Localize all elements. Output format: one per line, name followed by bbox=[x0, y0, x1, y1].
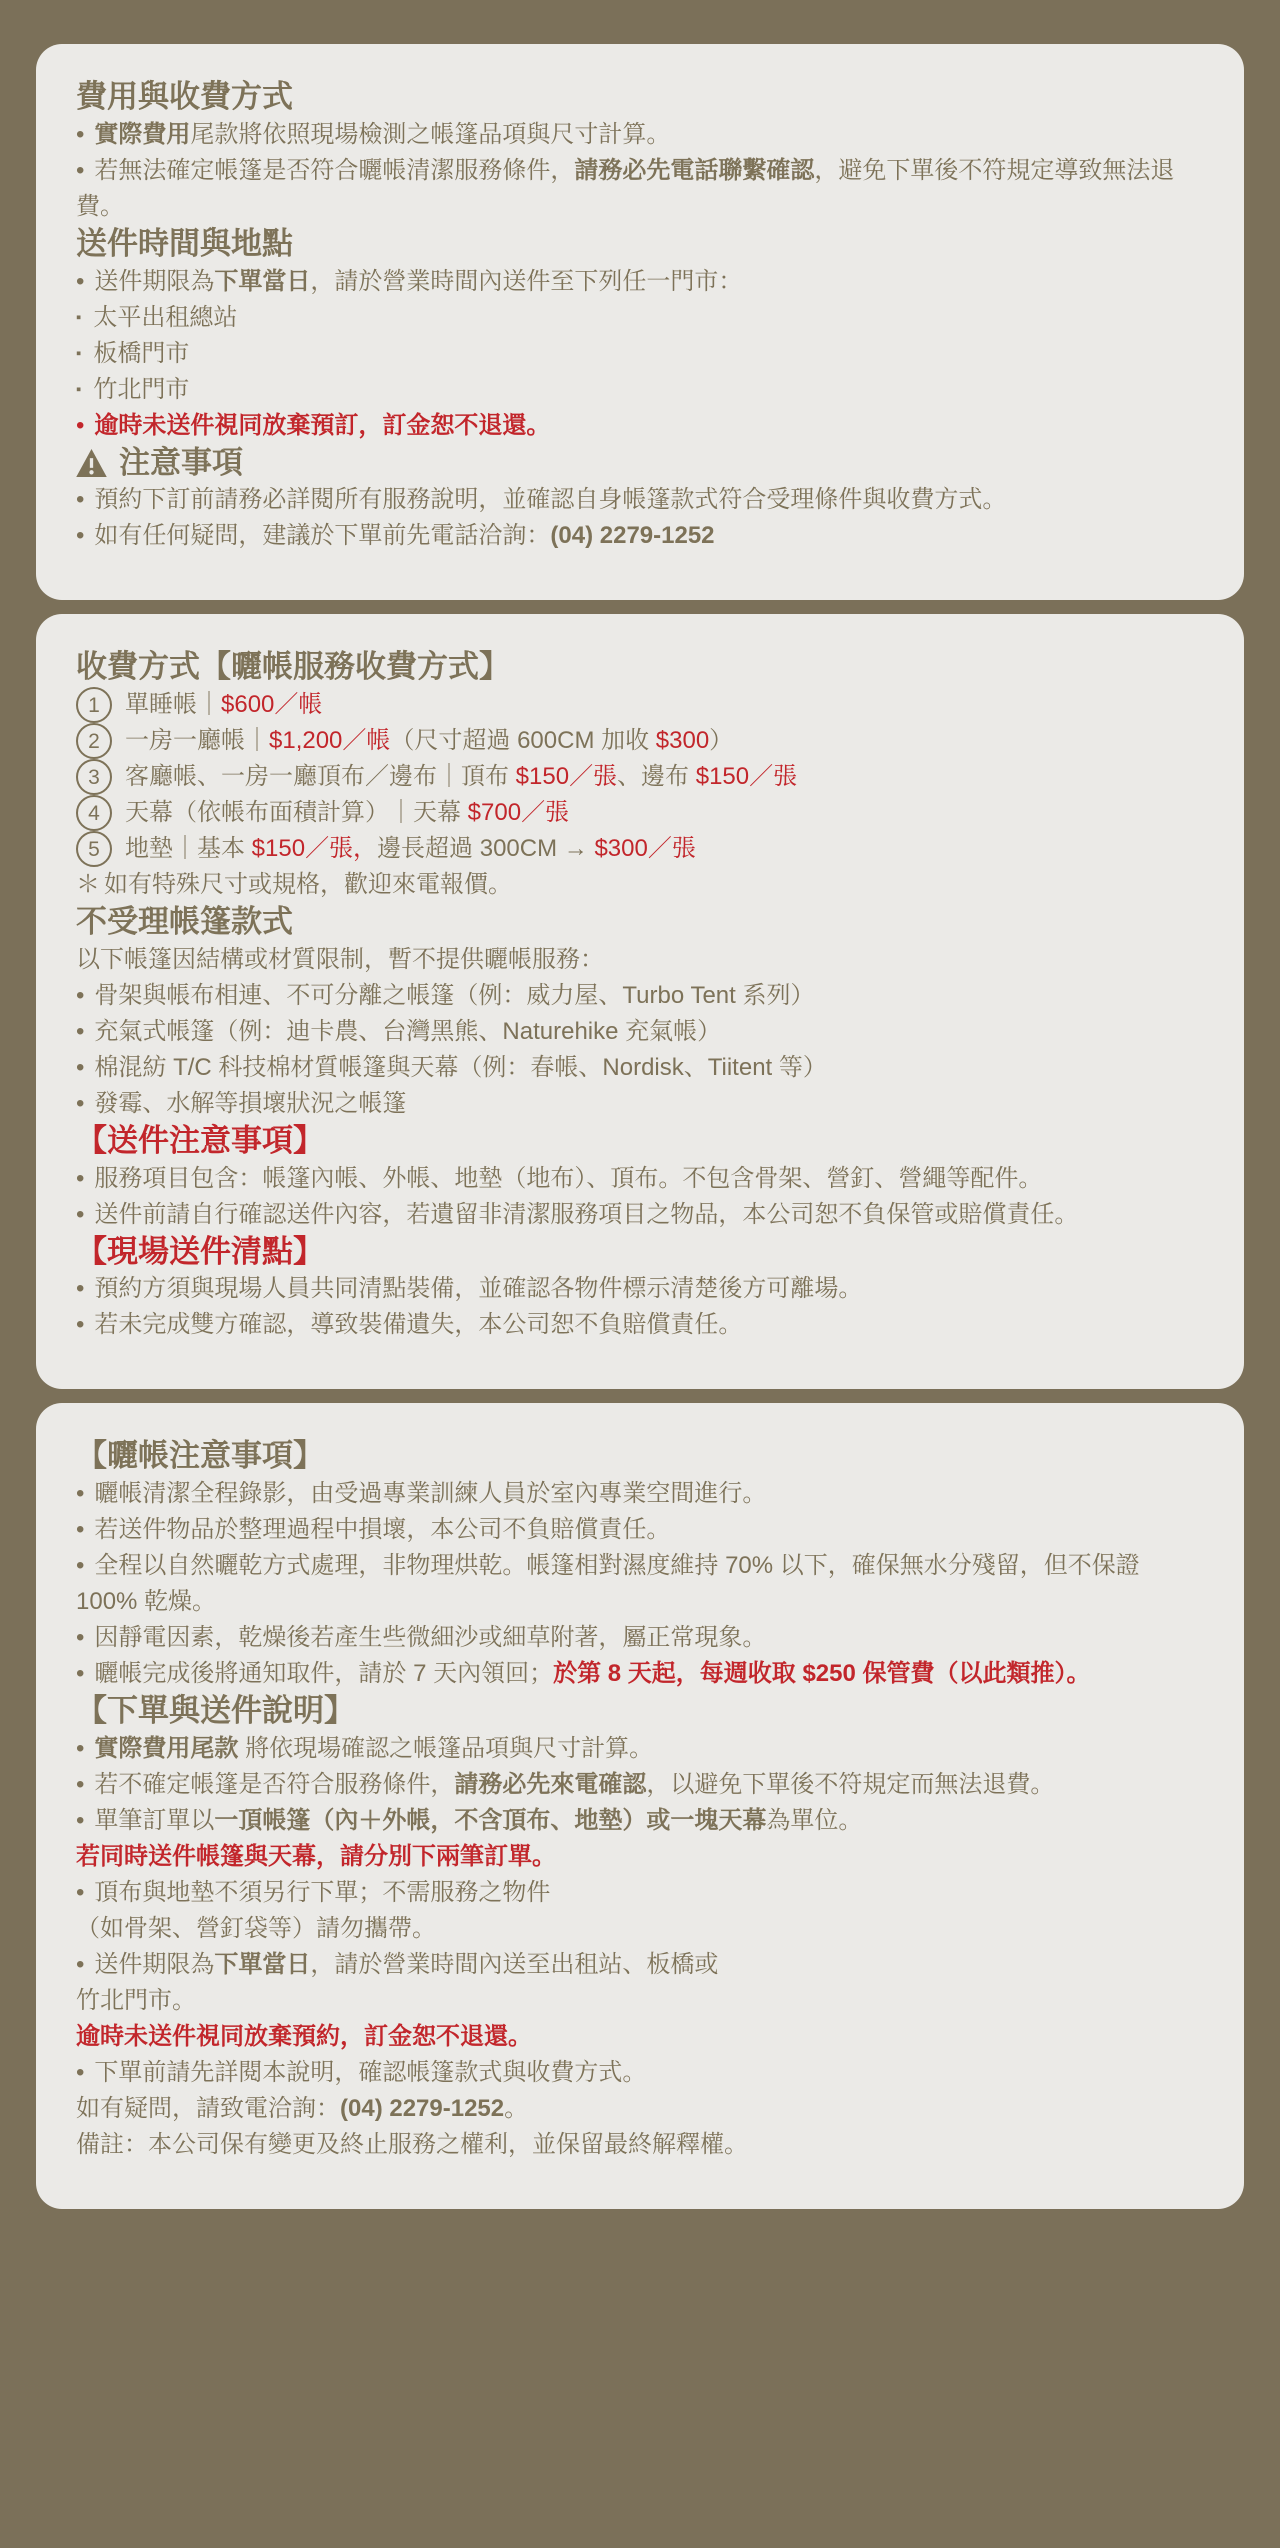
text-line: 以下帳篷因結構或材質限制，暫不提供曬帳服務： bbox=[76, 942, 1204, 978]
highlight-text: $150／張 bbox=[696, 763, 797, 790]
price-item-text: 單睡帳｜$600／帳 bbox=[125, 687, 322, 723]
highlight-text: 逾時未送件視同放棄預訂，訂金恕不退還。 bbox=[94, 412, 550, 439]
footer-note: 備註：本公司保有變更及終止服務之權利，並保留最終解釋權。 bbox=[76, 2127, 1204, 2163]
section-heading-text: 【現場送件清點】 bbox=[76, 1233, 324, 1272]
bullet-item: •逾時未送件視同放棄預訂，訂金恕不退還。 bbox=[76, 408, 1204, 444]
price-item: 3客廳帳、一房一廳頂布／邊布｜頂布 $150／張、邊布 $150／張 bbox=[76, 759, 1204, 795]
text-segment: 棉混紡 T/C 科技棉材質帳篷與天幕（例：春帳、Nordisk、Tiitent … bbox=[94, 1054, 826, 1081]
square-bullet-marker: ▪ bbox=[76, 381, 81, 398]
text-segment: 客廳帳、一房一廳頂布／邊布｜頂布 bbox=[125, 763, 516, 790]
section-heading-text: 收費方式【曬帳服務收費方式】 bbox=[76, 648, 510, 687]
text-segment: 天幕（依帳布面積計算）｜天幕 bbox=[125, 799, 468, 826]
bullet-item: •骨架與帳布相連、不可分離之帳篷（例：威力屋、Turbo Tent 系列） bbox=[76, 978, 1204, 1014]
bullet-marker: • bbox=[76, 1275, 84, 1302]
bullet-item: •若不確定帳篷是否符合服務條件，請務必先來電確認，以避免下單後不符規定而無法退費… bbox=[76, 1767, 1204, 1803]
bullet-item: •服務項目包含：帳篷內帳、外帳、地墊（地布）、頂布。不包含骨架、營釘、營繩等配件… bbox=[76, 1161, 1204, 1197]
bullet-item: •充氣式帳篷（例：迪卡農、台灣黑熊、Naturehike 充氣帳） bbox=[76, 1014, 1204, 1050]
text-segment: 板橋門市 bbox=[93, 340, 189, 367]
highlight-text: 逾時未送件視同放棄預約，訂金恕不退還。 bbox=[76, 2023, 532, 2050]
bullet-item: •因靜電因素，乾燥後若產生些微細沙或細草附著，屬正常現象。 bbox=[76, 1620, 1204, 1656]
bullet-marker: • bbox=[76, 121, 84, 148]
bullet-item: •頂布與地墊不須另行下單；不需服務之物件 bbox=[76, 1875, 1204, 1911]
bullet-item: •若未完成雙方確認，導致裝備遺失，本公司恕不負賠償責任。 bbox=[76, 1307, 1204, 1343]
text-segment: 頂布與地墊不須另行下單；不需服務之物件 bbox=[94, 1879, 550, 1906]
bullet-marker: • bbox=[76, 1771, 84, 1798]
price-item: 4天幕（依帳布面積計算）｜天幕 $700／張 bbox=[76, 795, 1204, 831]
text-segment: 送件期限為 bbox=[94, 268, 214, 295]
text-segment: 備註：本公司保有變更及終止服務之權利，並保留最終解釋權。 bbox=[76, 2131, 748, 2158]
bullet-item: •送件期限為下單當日，請於營業時間內送件至下列任一門市： bbox=[76, 264, 1204, 300]
page: { "page": { "background_color": "#7B7059… bbox=[0, 0, 1280, 2249]
price-item-text: 天幕（依帳布面積計算）｜天幕 $700／張 bbox=[125, 795, 569, 831]
bullet-marker: • bbox=[76, 412, 84, 439]
content: 費用與收費方式•實際費用尾款將依照現場檢測之帳篷品項與尺寸計算。•若無法確定帳篷… bbox=[36, 44, 1244, 2209]
highlight-text: $150／張， bbox=[252, 835, 377, 862]
text-segment: ，請於營業時間內送件至下列任一門市： bbox=[310, 268, 742, 295]
bullet-item: •發霉、水解等損壞狀況之帳篷 bbox=[76, 1086, 1204, 1122]
text-segment: 因靜電因素，乾燥後若產生些微細沙或細草附著，屬正常現象。 bbox=[94, 1624, 766, 1651]
text-segment: 送件期限為 bbox=[94, 1951, 214, 1978]
text-segment: 若未完成雙方確認，導致裝備遺失，本公司恕不負賠償責任。 bbox=[94, 1311, 742, 1338]
text-line: 如有疑問，請致電洽詢：(04) 2279-1252。 bbox=[76, 2091, 1204, 2127]
asterisk-note: ＊如有特殊尺寸或規格，歡迎來電報價。 bbox=[76, 867, 1204, 903]
section-heading: 注意事項 bbox=[76, 444, 1204, 483]
bullet-marker: • bbox=[76, 1311, 84, 1338]
phone-number: (04) 2279-1252 bbox=[340, 2095, 504, 2122]
bullet-item: •全程以自然曬乾方式處理，非物理烘乾。帳篷相對濕度維持 70% 以下，確保無水分… bbox=[76, 1548, 1204, 1620]
text-segment: （尺寸超過 600CM 加收 bbox=[390, 727, 655, 754]
section-heading: 【下單與送件說明】 bbox=[76, 1692, 1204, 1731]
section-heading-text: 注意事項 bbox=[119, 444, 243, 483]
text-segment: 一房一廳帳｜ bbox=[125, 727, 269, 754]
bullet-marker: • bbox=[76, 1018, 84, 1045]
bullet-marker: • bbox=[76, 1516, 84, 1543]
card-pricing-and-restrictions: 收費方式【曬帳服務收費方式】1單睡帳｜$600／帳2一房一廳帳｜$1,200／帳… bbox=[36, 614, 1244, 1389]
bullet-marker: • bbox=[76, 1807, 84, 1834]
emphasis-text: 下單當日 bbox=[214, 268, 310, 295]
text-segment: 單睡帳｜ bbox=[125, 691, 221, 718]
section-heading-text: 送件時間與地點 bbox=[76, 225, 293, 264]
text-segment: 全程以自然曬乾方式處理，非物理烘乾。帳篷相對濕度維持 70% 以下，確保無水分殘… bbox=[76, 1552, 1140, 1615]
text-segment: 骨架與帳布相連、不可分離之帳篷（例：威力屋、Turbo Tent 系列） bbox=[94, 982, 814, 1009]
highlight-text: 若同時送件帳篷與天幕，請分別下兩筆訂單。 bbox=[76, 1843, 556, 1870]
bullet-item: •送件前請自行確認送件內容，若遺留非清潔服務項目之物品，本公司恕不負保管或賠償責… bbox=[76, 1197, 1204, 1233]
emphasis-text: 請務必先電話聯繫確認 bbox=[574, 157, 814, 184]
price-item: 5地墊｜基本 $150／張，邊長超過 300CM → $300／張 bbox=[76, 831, 1204, 867]
section-heading-text: 【送件注意事項】 bbox=[76, 1122, 324, 1161]
text-line: 若同時送件帳篷與天幕，請分別下兩筆訂單。 bbox=[76, 1839, 1204, 1875]
text-segment: ，請於營業時間內送至出租站、板橋或 bbox=[310, 1951, 718, 1978]
bullet-item: •單筆訂單以一頂帳篷（內＋外帳，不含頂布、地墊）或一塊天幕為單位。 bbox=[76, 1803, 1204, 1839]
number-badge: 4 bbox=[76, 795, 112, 831]
text-segment: 。 bbox=[504, 2095, 528, 2122]
bullet-marker: • bbox=[76, 157, 84, 184]
section-heading: 費用與收費方式 bbox=[76, 78, 1204, 117]
section-heading-text: 【下單與送件說明】 bbox=[76, 1692, 355, 1731]
text-segment: 曬帳完成後將通知取件，請於 7 天內領回； bbox=[94, 1660, 553, 1687]
bullet-item: •實際費用尾款 將依現場確認之帳篷品項與尺寸計算。 bbox=[76, 1731, 1204, 1767]
warning-icon bbox=[76, 449, 107, 477]
text-segment: 送件前請自行確認送件內容，若遺留非清潔服務項目之物品，本公司恕不負保管或賠償責任… bbox=[94, 1201, 1078, 1228]
bullet-item: •曬帳完成後將通知取件，請於 7 天內領回；於第 8 天起，每週收取 $250 … bbox=[76, 1656, 1204, 1692]
price-item: 2一房一廳帳｜$1,200／帳（尺寸超過 600CM 加收 $300） bbox=[76, 723, 1204, 759]
text-segment: 、邊布 bbox=[617, 763, 696, 790]
bullet-marker: • bbox=[76, 1552, 84, 1579]
text-segment: 太平出租總站 bbox=[93, 304, 237, 331]
number-badge: 2 bbox=[76, 723, 112, 759]
text-segment: 如有疑問，請致電洽詢： bbox=[76, 2095, 340, 2122]
section-heading-text: 費用與收費方式 bbox=[76, 78, 293, 117]
price-item: 1單睡帳｜$600／帳 bbox=[76, 687, 1204, 723]
bullet-marker: • bbox=[76, 1165, 84, 1192]
text-segment: 若不確定帳篷是否符合服務條件， bbox=[94, 1771, 454, 1798]
text-segment: 邊長超過 300CM → bbox=[377, 835, 594, 862]
emphasis-text: 請務必先來電確認 bbox=[454, 1771, 646, 1798]
bullet-marker: • bbox=[76, 1879, 84, 1906]
emphasis-text: 實際費用 bbox=[94, 121, 190, 148]
bullet-marker: • bbox=[76, 1480, 84, 1507]
text-segment: 預約方須與現場人員共同清點裝備，並確認各物件標示清楚後方可離場。 bbox=[94, 1275, 862, 1302]
bullet-item: •預約方須與現場人員共同清點裝備，並確認各物件標示清楚後方可離場。 bbox=[76, 1271, 1204, 1307]
card-fees-and-delivery: 費用與收費方式•實際費用尾款將依照現場檢測之帳篷品項與尺寸計算。•若無法確定帳篷… bbox=[36, 44, 1244, 600]
bullet-marker: • bbox=[76, 1951, 84, 1978]
asterisk-marker: ＊ bbox=[76, 871, 100, 898]
section-heading: 【送件注意事項】 bbox=[76, 1122, 1204, 1161]
text-segment: 下單前請先詳閱本說明，確認帳篷款式與收費方式。 bbox=[94, 2059, 646, 2086]
highlight-text: $300／張 bbox=[594, 835, 695, 862]
bullet-marker: • bbox=[76, 1054, 84, 1081]
price-item-text: 客廳帳、一房一廳頂布／邊布｜頂布 $150／張、邊布 $150／張 bbox=[125, 759, 797, 795]
bullet-item: •曬帳清潔全程錄影，由受過專業訓練人員於室內專業空間進行。 bbox=[76, 1476, 1204, 1512]
bullet-item: •棉混紡 T/C 科技棉材質帳篷與天幕（例：春帳、Nordisk、Tiitent… bbox=[76, 1050, 1204, 1086]
text-segment: 為單位。 bbox=[766, 1807, 862, 1834]
bullet-item: •下單前請先詳閱本說明，確認帳篷款式與收費方式。 bbox=[76, 2055, 1204, 2091]
section-heading: 送件時間與地點 bbox=[76, 225, 1204, 264]
bullet-item: •如有任何疑問，建議於下單前先電話洽詢：(04) 2279-1252 bbox=[76, 518, 1204, 554]
sub-bullet-item: ▪太平出租總站 bbox=[76, 300, 1204, 336]
emphasis-text: 下單當日 bbox=[214, 1951, 310, 1978]
text-line: 竹北門市。 bbox=[76, 1983, 1204, 2019]
price-item-text: 地墊｜基本 $150／張，邊長超過 300CM → $300／張 bbox=[125, 831, 696, 867]
highlight-text: $600／帳 bbox=[221, 691, 322, 718]
highlight-text: $700／張 bbox=[468, 799, 569, 826]
bullet-item: •預約下訂前請務必詳閱所有服務說明，並確認自身帳篷款式符合受理條件與收費方式。 bbox=[76, 482, 1204, 518]
text-segment: 竹北門市。 bbox=[76, 1987, 196, 2014]
bullet-marker: • bbox=[76, 268, 84, 295]
bullet-marker: • bbox=[76, 1735, 84, 1762]
text-segment: 單筆訂單以 bbox=[94, 1807, 214, 1834]
bullet-item: •若無法確定帳篷是否符合曬帳清潔服務條件，請務必先電話聯繫確認，避免下單後不符規… bbox=[76, 153, 1204, 225]
number-badge: 3 bbox=[76, 759, 112, 795]
section-heading: 不受理帳篷款式 bbox=[76, 903, 1204, 942]
square-bullet-marker: ▪ bbox=[76, 309, 81, 326]
section-heading-text: 不受理帳篷款式 bbox=[76, 903, 293, 942]
number-badge: 5 bbox=[76, 831, 112, 867]
text-segment: 如有特殊尺寸或規格，歡迎來電報價。 bbox=[104, 871, 512, 898]
bullet-marker: • bbox=[76, 982, 84, 1009]
bullet-marker: • bbox=[76, 1090, 84, 1117]
highlight-text: $150／張 bbox=[516, 763, 617, 790]
text-segment: 尾款將依照現場檢測之帳篷品項與尺寸計算。 bbox=[190, 121, 670, 148]
text-segment: 服務項目包含：帳篷內帳、外帳、地墊（地布）、頂布。不包含骨架、營釘、營繩等配件。 bbox=[94, 1165, 1042, 1192]
text-segment: 曬帳清潔全程錄影，由受過專業訓練人員於室內專業空間進行。 bbox=[94, 1480, 766, 1507]
text-segment: 發霉、水解等損壞狀況之帳篷 bbox=[94, 1090, 406, 1117]
emphasis-text: 實際費用尾款 bbox=[94, 1735, 238, 1762]
section-heading-text: 【曬帳注意事項】 bbox=[76, 1437, 324, 1476]
number-badge: 1 bbox=[76, 687, 112, 723]
sub-bullet-item: ▪竹北門市 bbox=[76, 372, 1204, 408]
bullet-item: •送件期限為下單當日，請於營業時間內送至出租站、板橋或 bbox=[76, 1947, 1204, 1983]
bullet-marker: • bbox=[76, 1201, 84, 1228]
bullet-item: •實際費用尾款將依照現場檢測之帳篷品項與尺寸計算。 bbox=[76, 117, 1204, 153]
bullet-marker: • bbox=[76, 486, 84, 513]
bullet-marker: • bbox=[76, 2059, 84, 2086]
section-heading: 收費方式【曬帳服務收費方式】 bbox=[76, 648, 1204, 687]
text-segment: 若無法確定帳篷是否符合曬帳清潔服務條件， bbox=[94, 157, 574, 184]
sub-bullet-item: ▪板橋門市 bbox=[76, 336, 1204, 372]
square-bullet-marker: ▪ bbox=[76, 345, 81, 362]
text-segment: 以下帳篷因結構或材質限制，暫不提供曬帳服務： bbox=[76, 946, 604, 973]
text-segment: （如骨架、營釘袋等）請勿攜帶。 bbox=[76, 1915, 436, 1942]
text-segment: 將依現場確認之帳篷品項與尺寸計算。 bbox=[238, 1735, 653, 1762]
section-heading: 【曬帳注意事項】 bbox=[76, 1437, 1204, 1476]
highlight-text: $1,200／帳 bbox=[269, 727, 390, 754]
text-segment: 竹北門市 bbox=[93, 376, 189, 403]
highlight-text: 於第 8 天起，每週收取 $250 保管費（以此類推）。 bbox=[553, 1660, 1090, 1687]
emphasis-text: 一頂帳篷（內＋外帳，不含頂布、地墊）或一塊天幕 bbox=[214, 1807, 766, 1834]
highlight-text: $300 bbox=[656, 727, 709, 754]
phone-number: (04) 2279-1252 bbox=[550, 522, 714, 549]
text-line: 逾時未送件視同放棄預約，訂金恕不退還。 bbox=[76, 2019, 1204, 2055]
text-line: （如骨架、營釘袋等）請勿攜帶。 bbox=[76, 1911, 1204, 1947]
bullet-marker: • bbox=[76, 1624, 84, 1651]
section-heading: 【現場送件清點】 bbox=[76, 1233, 1204, 1272]
text-segment: 地墊｜基本 bbox=[125, 835, 252, 862]
bullet-item: •若送件物品於整理過程中損壞，本公司不負賠償責任。 bbox=[76, 1512, 1204, 1548]
text-segment: 如有任何疑問，建議於下單前先電話洽詢： bbox=[94, 522, 550, 549]
text-segment: ，以避免下單後不符規定而無法退費。 bbox=[646, 1771, 1054, 1798]
bullet-marker: • bbox=[76, 522, 84, 549]
card-service-and-order-notes: 【曬帳注意事項】•曬帳清潔全程錄影，由受過專業訓練人員於室內專業空間進行。•若送… bbox=[36, 1403, 1244, 2209]
text-segment: 預約下訂前請務必詳閱所有服務說明，並確認自身帳篷款式符合受理條件與收費方式。 bbox=[94, 486, 1006, 513]
price-item-text: 一房一廳帳｜$1,200／帳（尺寸超過 600CM 加收 $300） bbox=[125, 723, 733, 759]
bullet-marker: • bbox=[76, 1660, 84, 1687]
text-segment: 若送件物品於整理過程中損壞，本公司不負賠償責任。 bbox=[94, 1516, 670, 1543]
text-segment: ） bbox=[709, 727, 733, 754]
text-segment: 充氣式帳篷（例：迪卡農、台灣黑熊、Naturehike 充氣帳） bbox=[94, 1018, 721, 1045]
